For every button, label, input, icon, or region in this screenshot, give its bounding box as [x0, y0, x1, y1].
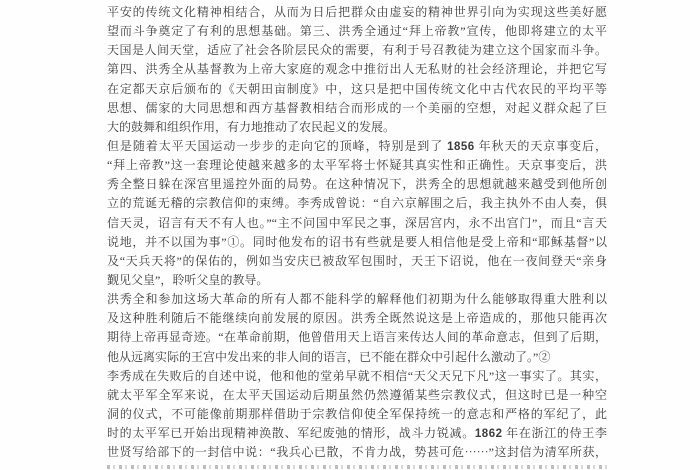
text-line: 及“天兵天将”的保佑的，例如当安庆已被敌军包围时，天王下诏说，他在一夜间登天“亲…: [107, 252, 607, 271]
text-line: 望而斗争奠定了有利的思想基础。第三、洪秀全通过“拜上帝教”宣传，他即将建立的太平: [107, 22, 607, 41]
text-line: 大的鼓舞和组织作用，有力地推动了农民起义的发展。: [107, 118, 607, 137]
text-line: 信天灵，诏言有天不有人也。”“主不问国中军民之事，深居宫内，永不出宫门”，而且“…: [107, 214, 607, 233]
text-line: 但是随着太平天国运动一步步的走向它的顶峰，特别是到了 1856 年秋天的天京事变…: [107, 137, 607, 156]
document-page: 平安的传统文化精神相结合，从而为日后把群众由虚妄的精神世界引向为实现这些美好愿望…: [0, 0, 700, 470]
text-line: 立的荒诞无稽的宗教信仰的束缚。李秀成曾说：“自六京解围之后，我主执外不由人奏，俱: [107, 194, 607, 213]
text-line: 秀全整日躲在深宫里遥控外面的局势。在这种情况下，洪秀全的思想就越来越受到他所创: [107, 175, 607, 194]
text-line: 思想、儒家的大同思想和西方基督教相结合而形成的一个美丽的空想，对起义群众起了巨: [107, 99, 607, 118]
clipped-next-line: [107, 465, 607, 469]
text-line: 觐见父皇”，聆听父皇的教导。: [107, 271, 607, 290]
text-line: 他从远离实际的王宫中发出来的非人间的语言，已不能在群众中引起什么激动了。”②: [107, 348, 607, 367]
text-line: 第四、洪秀全从基督教为上帝大家庭的观念中推衍出人无私财的社会经济理论，并把它写: [107, 60, 607, 79]
text-line: 平安的传统文化精神相结合，从而为日后把群众由虚妄的精神世界引向为实现这些美好愿: [107, 3, 607, 22]
text-line: 洪秀全和参加这场大革命的所有人都不能科学的解释他们初期为什么能够取得重大胜利以: [107, 290, 607, 309]
text-line: 说地，并不以国为事”①。同时他发布的诏书有些就是要人相信他是受上帝和“耶稣基督”…: [107, 233, 607, 252]
year-number: 1856: [447, 141, 475, 153]
text-line: 就太平军全军来说，在太平天国运动后期虽然仍然遵循某些宗教仪式，但这时已是一种空: [107, 386, 607, 405]
text-line: 世贤写给部下的一封信中说：“我兵心已散，不肯力战，势甚可危⋯⋯”这封信为清军所获…: [107, 443, 607, 462]
text-line: 期待上帝再显奇迹。“在革命前期，他曾借用天上语言来传达人间的革命意志，但到了后期…: [107, 328, 607, 347]
text-line: 时的太平军已开始出现精神涣散、军纪废弛的情形，战斗力锐减。1862 年在浙江的侍…: [107, 424, 607, 443]
text-block: 平安的传统文化精神相结合，从而为日后把群众由虚妄的精神世界引向为实现这些美好愿望…: [107, 3, 607, 462]
text-line: 及这种胜利随后不能继续向前发展的原因。洪秀全既然说这是上帝造成的，那他只能再次: [107, 309, 607, 328]
text-line: 天国是人间天堂，适应了社会各阶层民众的需要，有利于号召教徒为建立这个国家而斗争。: [107, 41, 607, 60]
year-number: 1862: [475, 428, 503, 440]
text-line: 洞的仪式，不可能像前期那样借助于宗教信仰使全军保持统一的意志和严格的军纪了，此: [107, 405, 607, 424]
text-line: 李秀成在失败后的自述中说，他和他的堂弟早就不相信“天父天兄下凡”这一事实了。其实…: [107, 367, 607, 386]
text-line: 在定都天京后颁布的《天朝田亩制度》中，这只是把中国传统文化中古代农民的平均平等: [107, 80, 607, 99]
text-line: “拜上帝教”这一套理论使越来越多的太平军将士怀疑其真实性和正确性。天京事变后，洪: [107, 156, 607, 175]
